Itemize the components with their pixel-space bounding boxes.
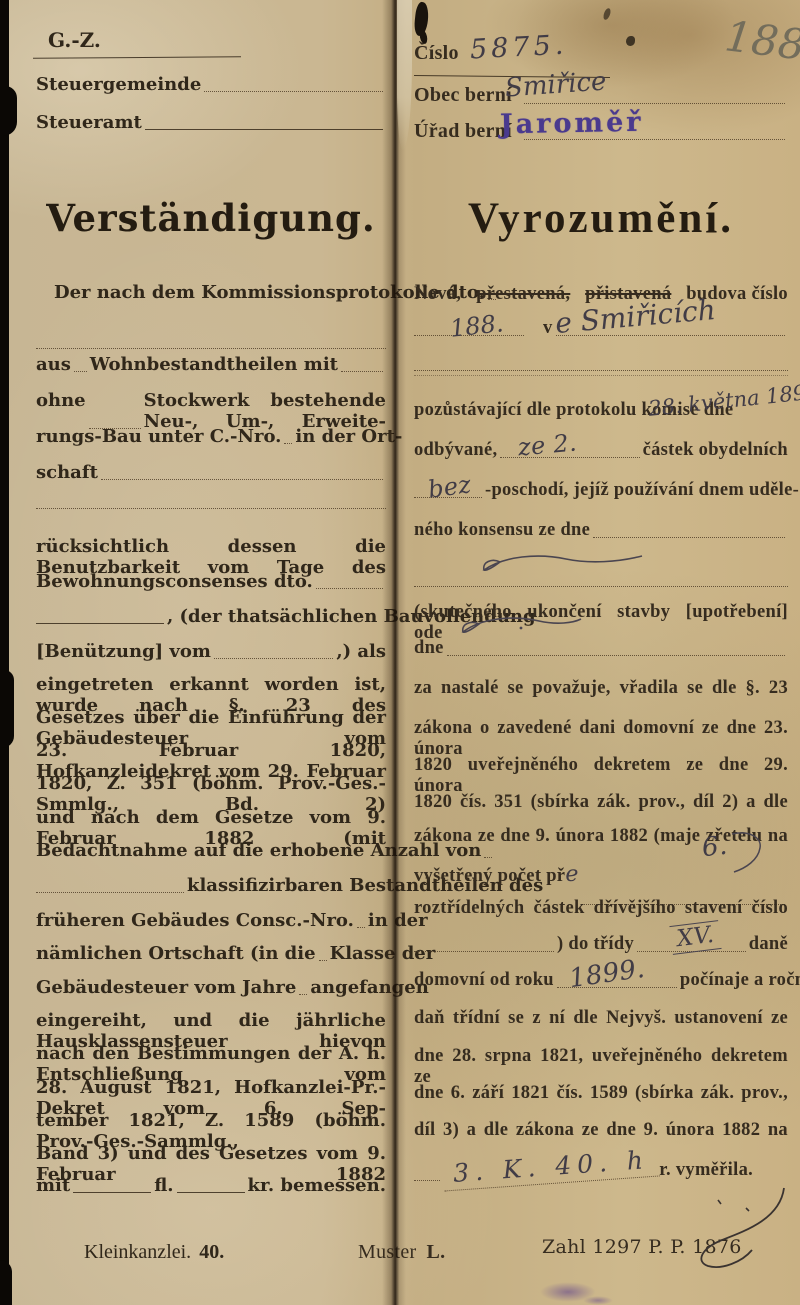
cislo-label: Číslo — [414, 42, 459, 65]
form-line: nämlichen Ortschaft (in dieKlasse der — [36, 943, 386, 964]
text: ohne — [36, 390, 86, 411]
form-line: dne 28. srpna 1821, uveřejněného dekrete… — [414, 1046, 788, 1088]
handwritten-flourish-icon — [455, 612, 585, 640]
form-line: bez-poschodí, jejíž používání dnem uděle… — [414, 480, 788, 501]
obec-blank — [524, 103, 785, 104]
page-fold-shadow — [382, 0, 406, 1305]
czech-title: Vyrozumění. — [414, 194, 788, 243]
steueramt-label: Steueramt — [36, 112, 142, 133]
steuergemeinde-row: Steuergemeinde — [36, 74, 386, 95]
text: rungs-Bau unter C.-Nro. — [36, 426, 281, 447]
cislo-handwritten-value: 5875. — [469, 29, 568, 65]
blank-line — [414, 586, 788, 587]
handwritten-count: 6. — [700, 831, 728, 863]
text: aus — [36, 354, 71, 375]
form-line: Nová, přestavená, přistavená budova čísl… — [414, 284, 788, 305]
handwritten-parts-count: ze 2. — [517, 428, 578, 461]
form-line: früheren Gebäudes Consc.-Nro.in der — [36, 910, 386, 931]
pencil-folio-number: 188 — [722, 11, 800, 69]
imprint-text: Kleinkanzlei. — [84, 1241, 191, 1264]
blank — [177, 1192, 245, 1193]
blank — [73, 1192, 151, 1193]
text: kr. bemessen. — [248, 1175, 386, 1196]
text: ,) als — [336, 641, 386, 662]
blank — [284, 443, 292, 444]
text: Bewohnungsconsenses dto. — [36, 571, 313, 592]
form-line: dne 6. září 1821 čís. 1589 (sbírka zák. … — [414, 1083, 788, 1104]
form-line: rungs-Bau unter C.-Nro.in der Ort- — [36, 426, 386, 447]
blank — [299, 994, 307, 995]
form-line: daň třídní se z ní dle Nejvyš. ustanoven… — [414, 1008, 788, 1029]
german-subtitle-row: Der nach dem Kommissionsprotokolle dto. — [36, 282, 386, 303]
text: vyšetřený počet př — [414, 866, 565, 887]
form-line: Bewohnungsconsenses dto. — [36, 571, 386, 592]
scan-edge-wedge — [0, 1260, 12, 1305]
ink-speck — [626, 36, 635, 46]
blank — [484, 857, 492, 858]
left-footer: Kleinkanzlei.40. — [84, 1241, 344, 1264]
text: mit — [36, 1175, 70, 1196]
blank — [101, 479, 383, 480]
form-line: Gebäudesteuer vom Jahreangefangen — [36, 977, 386, 998]
left-divider-dotted — [36, 348, 386, 349]
handwritten-paraph-icon — [688, 1178, 796, 1298]
form-line: mitfl.kr. bemessen. — [36, 1175, 386, 1196]
steuergemeinde-blank — [204, 91, 383, 92]
scan-edge-left — [0, 0, 9, 1305]
text: domovní od roku — [414, 970, 554, 991]
handwritten-swash-icon — [728, 828, 768, 874]
text: schaft — [36, 462, 98, 483]
blank — [36, 623, 164, 624]
gz-text: G.-Z. — [48, 28, 101, 52]
text: [Benützung] vom — [36, 641, 211, 662]
scan-edge-wedge — [0, 86, 17, 136]
text: früheren Gebäudes Consc.-Nro. — [36, 910, 354, 931]
form-line: za nastalé se považuje, vřadila se dle §… — [414, 678, 788, 699]
text: -poschodí, jejíž používání dnem uděle- — [485, 480, 799, 501]
blank — [414, 1180, 440, 1181]
steueramt-blank — [145, 129, 383, 130]
jaromer-stamp: Jaroměř — [500, 107, 644, 140]
form-line: ) do třídyXV.daně — [414, 934, 788, 955]
blank — [593, 537, 785, 538]
muster-footer: MusterL. — [358, 1241, 508, 1264]
form-line: odbývané,ze 2.částek obydelních — [414, 440, 788, 461]
form-line: roztřídelných částek dřívějšího stavení … — [414, 898, 788, 919]
czech-title-text: Vyrozumění. — [468, 195, 734, 242]
blank — [357, 927, 365, 928]
blank: 1899. — [557, 987, 677, 988]
text: ného konsensu ze dne — [414, 520, 590, 541]
text-struck: přestavená, — [476, 284, 570, 305]
form-line: schaft — [36, 462, 386, 483]
blank — [214, 658, 333, 659]
text: odbývané, — [414, 440, 497, 461]
blank — [414, 951, 554, 952]
blank — [74, 371, 87, 372]
form-line: ného konsensu ze dne — [414, 520, 788, 541]
purple-smudge — [583, 1296, 613, 1305]
scan-edge-wedge — [0, 670, 14, 748]
blank: XV. — [637, 951, 746, 952]
form-line: domovní od roku1899.počínaje a roční — [414, 970, 788, 991]
obec-label: Obec berní — [414, 84, 512, 107]
handwritten-tax-class: XV. — [669, 920, 721, 955]
handwritten-house-number: 188. — [449, 309, 505, 342]
divider-dotted — [414, 370, 788, 371]
handwritten-letter: e — [565, 862, 578, 887]
form-line: dne — [414, 638, 788, 659]
form-line: klassifizirbaren Bestandtheilen des — [36, 875, 386, 896]
form-line: zákona o zavedené dani domovní ze dne 23… — [414, 718, 788, 760]
scanned-tax-form: G.-Z. Steuergemeinde Steueramt Verständi… — [0, 0, 800, 1305]
form-line: 1820 uveřejněného dekretem ze dne 29. ún… — [414, 755, 788, 797]
blank — [319, 960, 327, 961]
urad-label: Úřad berní — [414, 120, 512, 143]
blank-line — [36, 508, 386, 509]
blank — [316, 588, 383, 589]
form-line: 1820 čís. 351 (sbírka zák. prov., díl 2)… — [414, 792, 788, 813]
blank — [447, 655, 785, 656]
form-line: ausWohnbestandtheilen mit — [36, 354, 386, 375]
imprint-number: 40. — [199, 1241, 224, 1264]
text: počínaje a roční — [680, 970, 800, 991]
text: angefangen — [310, 977, 428, 998]
divider-dotted-2 — [414, 375, 788, 376]
text: daně — [749, 934, 788, 955]
text: Gebäudesteuer vom Jahre — [36, 977, 296, 998]
text: dne — [414, 638, 444, 659]
text: fl. — [154, 1175, 173, 1196]
blank — [36, 892, 184, 893]
text: v — [543, 318, 553, 339]
blank — [341, 371, 383, 372]
text: nämlichen Ortschaft (in die — [36, 943, 316, 964]
text: Nová, — [414, 284, 461, 305]
steuergemeinde-label: Steuergemeinde — [36, 74, 201, 95]
handwritten-bez: bez — [426, 470, 473, 504]
form-line: , (der thatsächlichen Bauvollendung — [36, 606, 386, 627]
text: ) do třídy — [557, 934, 634, 955]
form-line: díl 3) a dle zákona ze dne 9. února 1882… — [414, 1120, 788, 1141]
german-title: Verständigung. — [36, 196, 386, 240]
blank: ze 2. — [500, 457, 639, 458]
german-title-text: Verständigung. — [46, 196, 376, 240]
form-line: Bedachtnahme auf die erhobene Anzahl von — [36, 840, 386, 861]
form-line: [Benützung] vom,) als — [36, 641, 386, 662]
text: částek obydelních — [643, 440, 788, 461]
imprint-letter: L. — [426, 1241, 445, 1264]
blank: bez — [414, 497, 482, 498]
text: Wohnbestandtheilen mit — [90, 354, 338, 375]
steueramt-row: Steueramt — [36, 112, 386, 133]
handwritten-flourish-icon — [478, 552, 648, 578]
gz-label: G.-Z. — [48, 28, 168, 52]
